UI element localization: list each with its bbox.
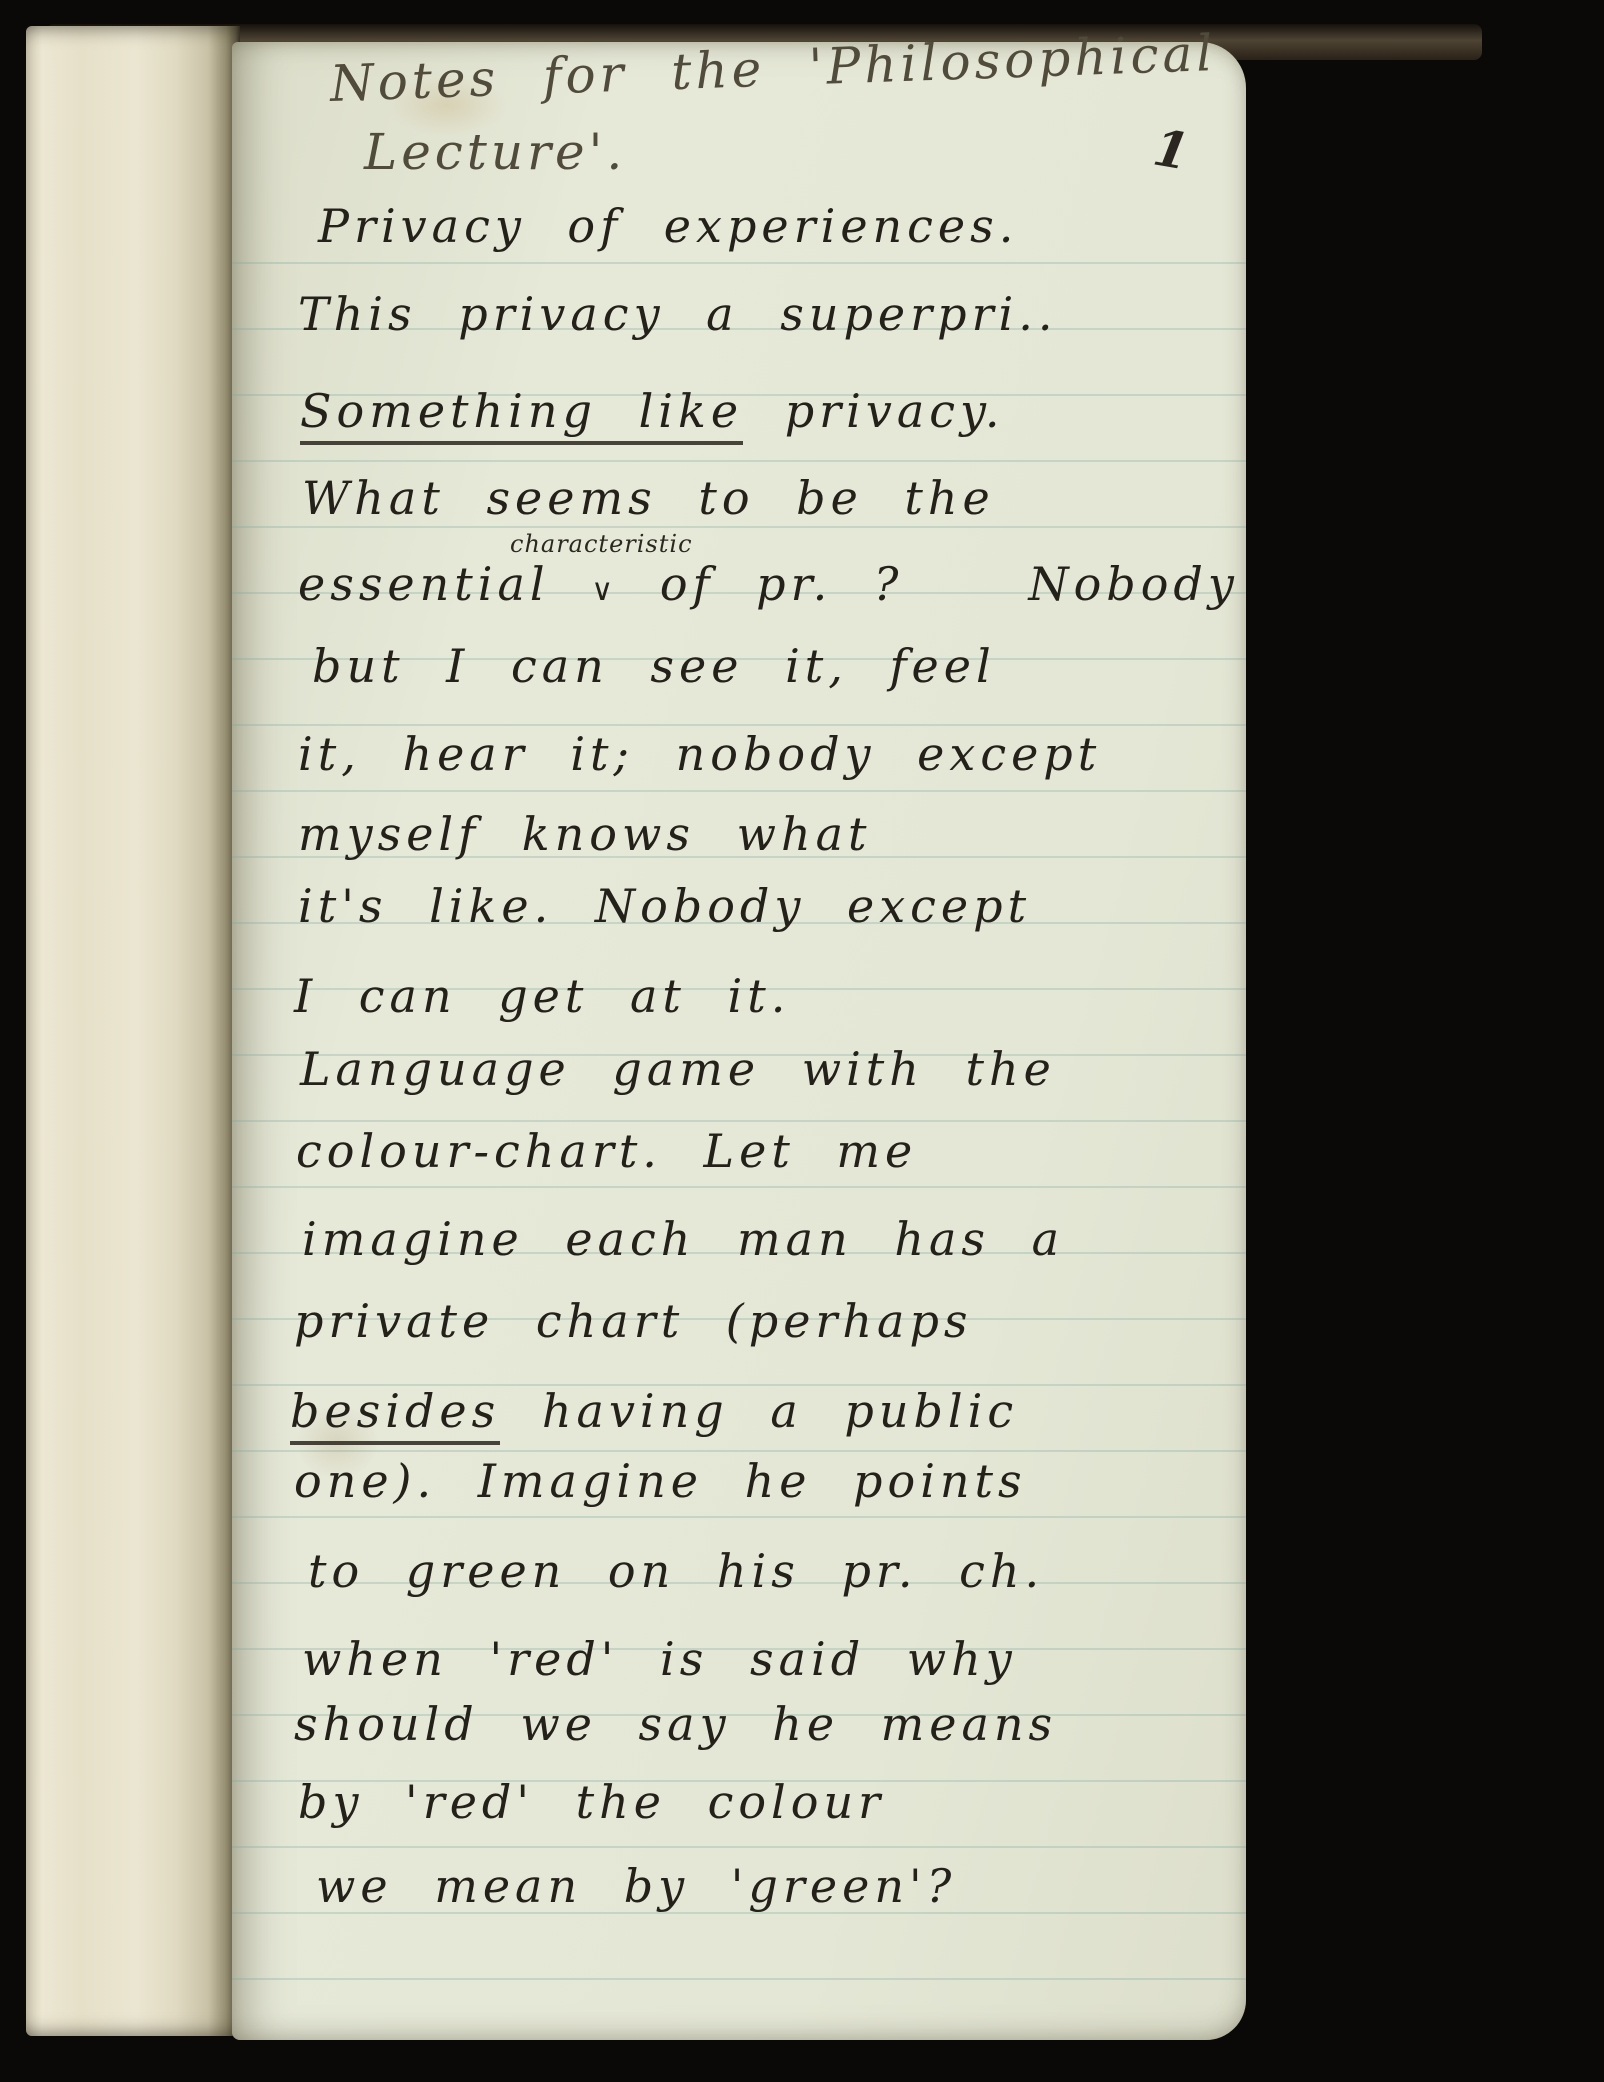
- underlined-phrase: besides: [290, 1384, 500, 1445]
- handwriting-line: colour-chart. Let me: [296, 1127, 917, 1175]
- handwriting-line: one). Imagine he points: [294, 1457, 1027, 1505]
- handwriting-line: essential ∨ of pr. ? Nobodycharacteristi…: [298, 560, 1239, 608]
- handwriting-line: it's like. Nobody except: [298, 882, 1031, 930]
- notebook-page: Notes for the 'Philosophical Lecture'. 1…: [232, 42, 1246, 2040]
- handwriting-line: Privacy of experiences.: [318, 202, 1018, 250]
- line-text: privacy.: [743, 384, 1004, 438]
- handwriting-line: it, hear it; nobody except: [298, 730, 1101, 778]
- handwriting-line: What seems to be the: [302, 474, 995, 522]
- handwriting-line: by 'red' the colour: [298, 1778, 885, 1826]
- page-number: 1: [1149, 117, 1194, 181]
- underlined-phrase: Something like: [300, 384, 743, 445]
- handwriting-line: besides having a public: [290, 1387, 1018, 1435]
- handwriting-line: This privacy a superpri..: [298, 290, 1058, 338]
- handwriting-line: Something like privacy.: [300, 387, 1005, 435]
- handwriting-line: imagine each man has a: [302, 1215, 1064, 1263]
- title-line-2: Lecture'.: [364, 126, 626, 179]
- manuscript-photo: Notes for the 'Philosophical Lecture'. 1…: [0, 0, 1604, 2082]
- handwriting-line: Language game with the: [300, 1045, 1056, 1093]
- handwriting-line: when 'red' is said why: [302, 1635, 1017, 1683]
- facing-page-edge: [26, 26, 240, 2036]
- line-text: essential: [298, 557, 591, 611]
- handwriting-line: I can get at it.: [294, 972, 790, 1020]
- handwriting-line: should we say he means: [294, 1700, 1057, 1748]
- handwriting-line: private chart (perhaps: [294, 1297, 973, 1345]
- line-text: of pr. ? Nobody: [618, 557, 1239, 611]
- insertion-caret: ∨: [591, 573, 618, 608]
- handwriting-line: but I can see it, feel: [312, 642, 996, 690]
- handwriting-line: myself knows what: [298, 810, 872, 858]
- handwriting-line: to green on his pr. ch.: [308, 1547, 1044, 1595]
- line-text: having a public: [500, 1384, 1018, 1438]
- insertion-word: characteristic: [510, 532, 693, 557]
- handwriting-line: we mean by 'green'?: [316, 1862, 956, 1910]
